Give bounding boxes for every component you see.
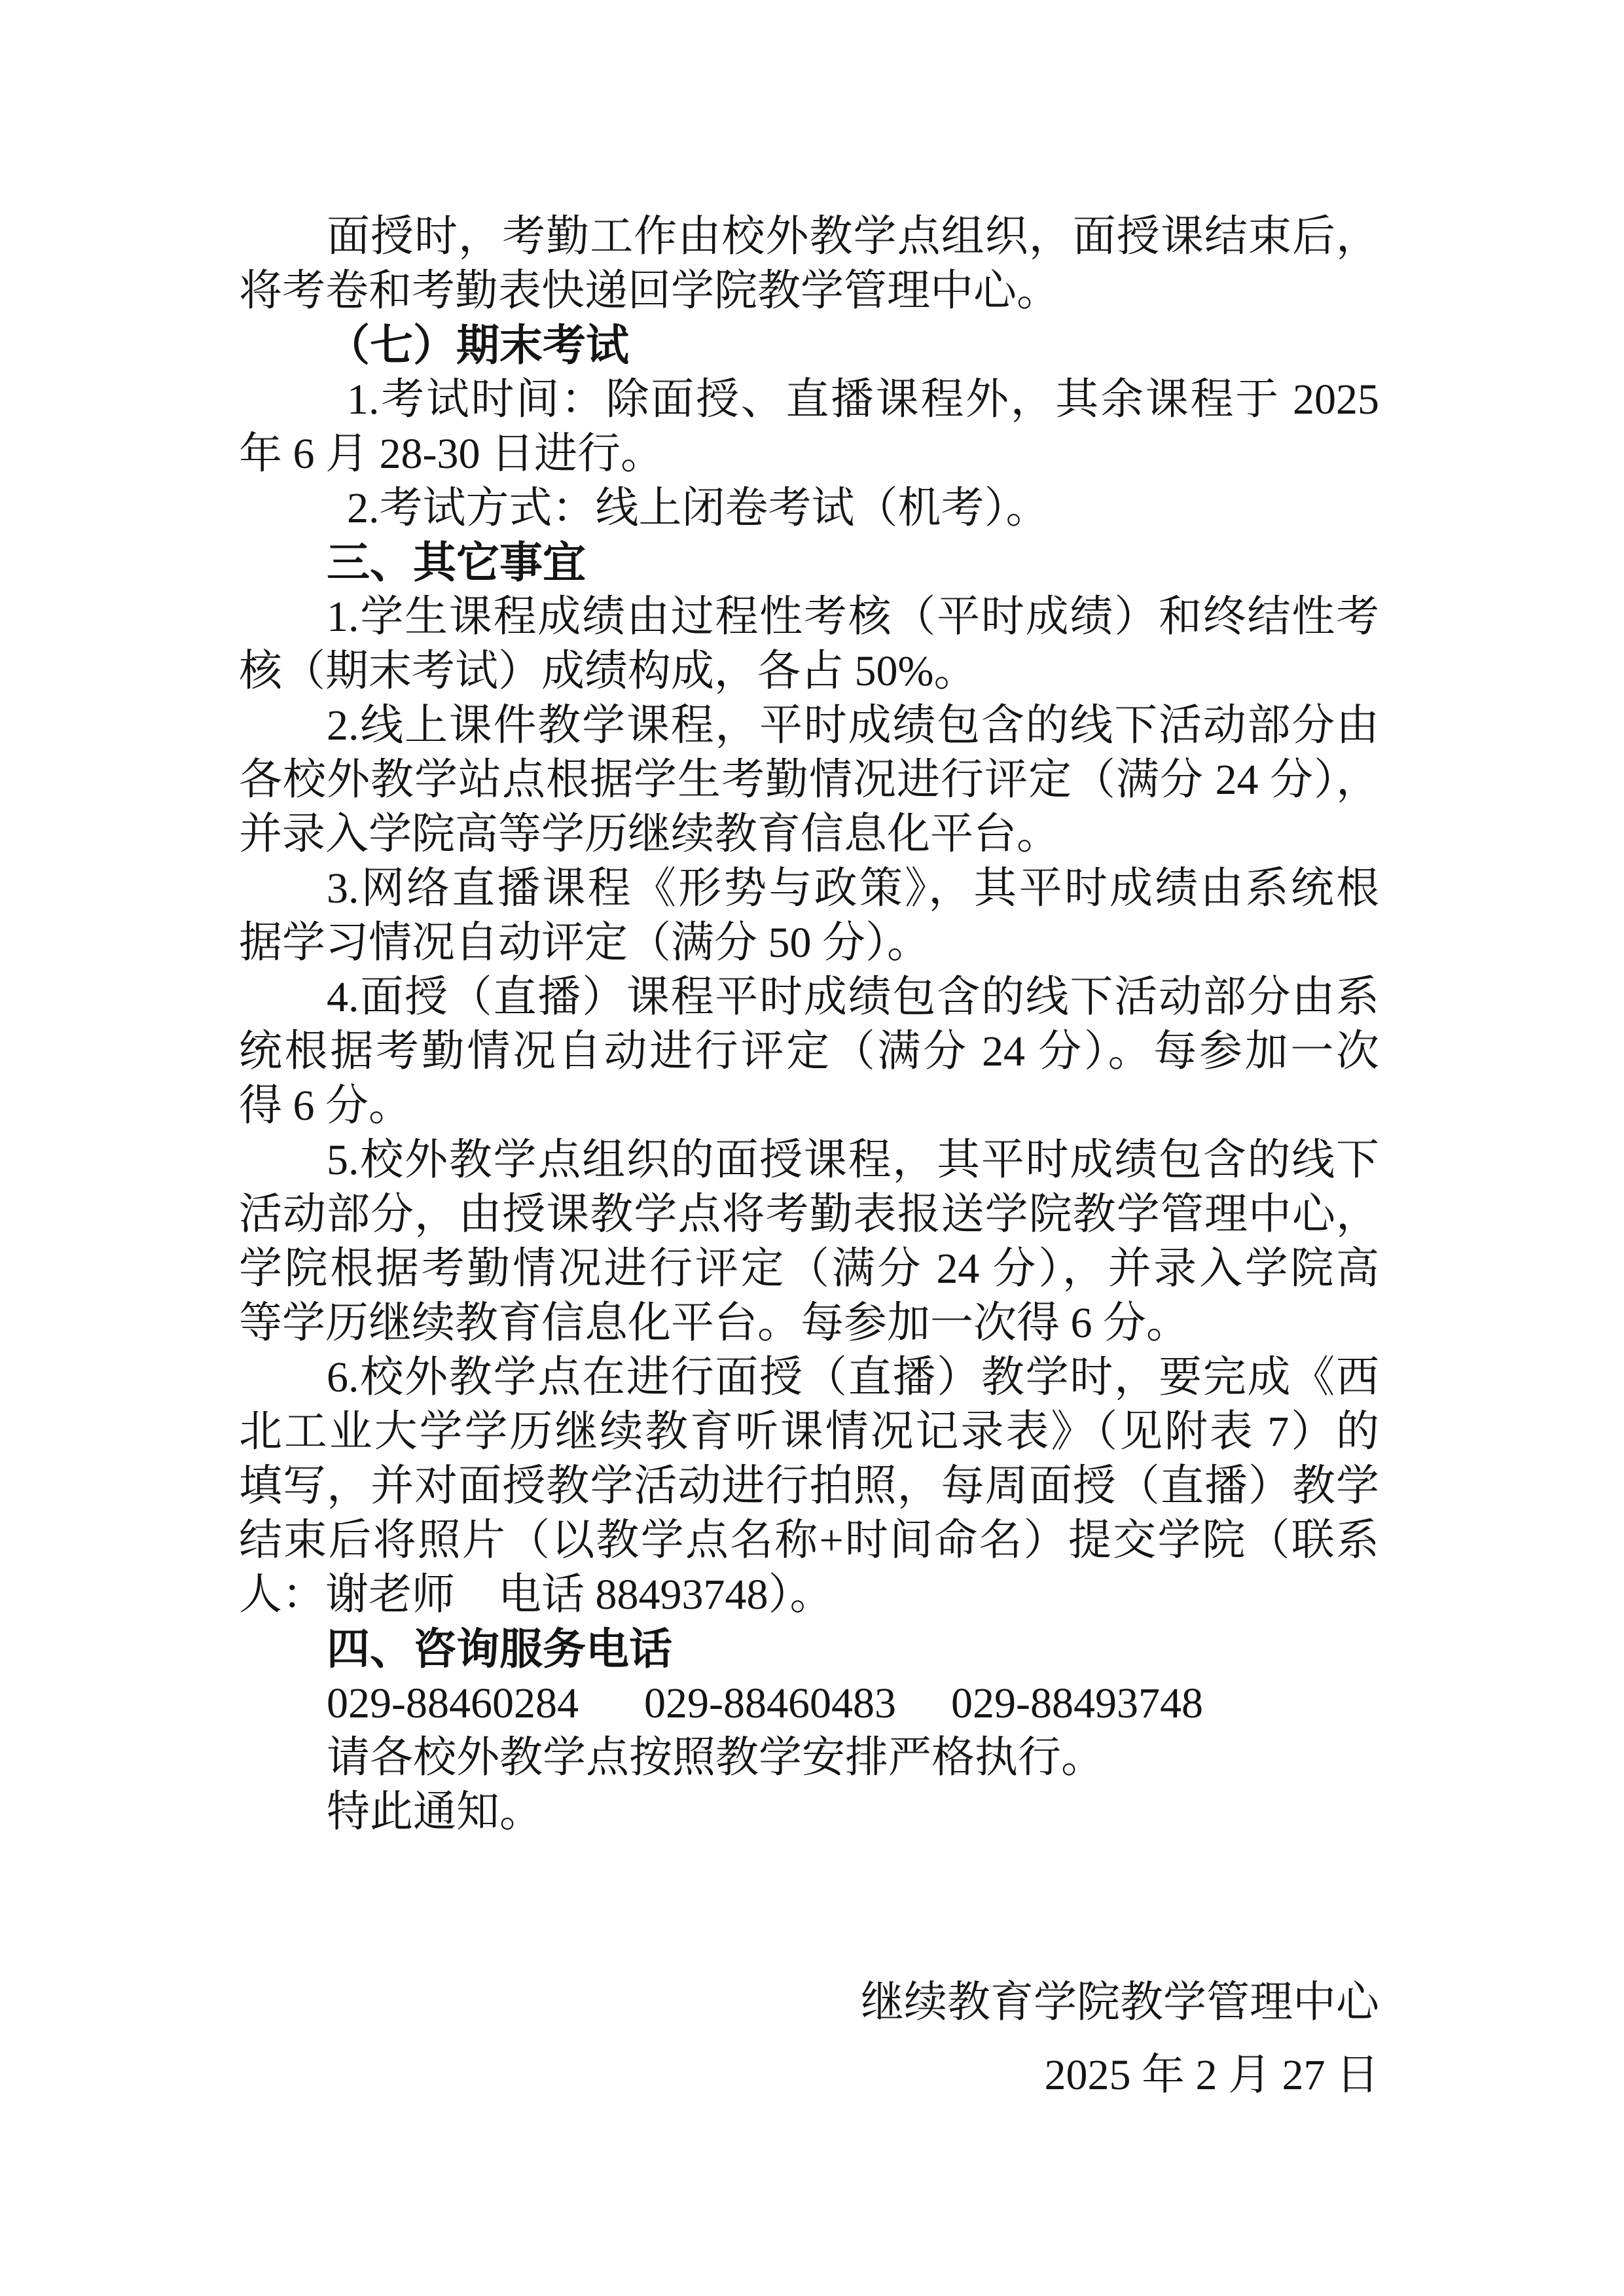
section-heading-other-matters: 三、其它事宜 bbox=[239, 535, 1379, 590]
doc-line: 填写，并对面授教学活动进行拍照，每周面授（直播）教学 bbox=[239, 1459, 1379, 1513]
doc-line: 请各校外教学点按照教学安排严格执行。 bbox=[239, 1731, 1379, 1785]
doc-line: 并录入学院高等学历继续教育信息化平台。 bbox=[239, 807, 1379, 861]
doc-line: 核（期末考试）成绩构成，各占 50%。 bbox=[239, 644, 1379, 698]
section-heading-final-exam: （七）期末考试 bbox=[239, 318, 1379, 372]
signature-date: 2025 年 2 月 27 日 bbox=[239, 2048, 1379, 2102]
blank-space bbox=[239, 1839, 1379, 1975]
phone-number: 029-88460284 bbox=[327, 1679, 579, 1727]
doc-line: 2.考试方式：线上闭卷考试（机考）。 bbox=[239, 481, 1379, 535]
doc-line: 年 6 月 28-30 日进行。 bbox=[239, 427, 1379, 481]
doc-line: 各校外教学站点根据学生考勤情况进行评定（满分 24 分）， bbox=[239, 753, 1379, 807]
signature-org: 继续教育学院教学管理中心 bbox=[239, 1975, 1379, 2030]
doc-line: 北工业大学学历继续教育听课情况记录表》（见附表 7）的 bbox=[239, 1405, 1379, 1459]
notice-body: 面授时，考勤工作由校外教学点组织，面授课结束后， 将考卷和考勤表快递回学院教学管… bbox=[239, 209, 1379, 2102]
doc-line: 活动部分，由授课教学点将考勤表报送学院教学管理中心， bbox=[239, 1187, 1379, 1242]
doc-line: 1.学生课程成绩由过程性考核（平时成绩）和终结性考 bbox=[239, 590, 1379, 644]
doc-line: 人：谢老师 电话 88493748）。 bbox=[239, 1568, 1379, 1622]
phone-numbers-line: 029-88460284029-88460483029-88493748 bbox=[239, 1676, 1379, 1731]
phone-number: 029-88493748 bbox=[951, 1679, 1203, 1727]
scanned-notice-page: { "page": { "background": "#ffffff", "te… bbox=[0, 0, 1624, 2296]
doc-line: 5.校外教学点组织的面授课程，其平时成绩包含的线下 bbox=[239, 1133, 1379, 1187]
doc-line: 1.考试时间：除面授、直播课程外，其余课程于 2025 bbox=[239, 372, 1379, 427]
phone-number: 029-88460483 bbox=[644, 1679, 896, 1727]
doc-line: 据学习情况自动评定（满分 50 分）。 bbox=[239, 916, 1379, 970]
doc-line: 2.线上课件教学课程，平时成绩包含的线下活动部分由 bbox=[239, 698, 1379, 753]
doc-line: 学院根据考勤情况进行评定（满分 24 分），并录入学院高 bbox=[239, 1242, 1379, 1296]
doc-line: 得 6 分。 bbox=[239, 1079, 1379, 1133]
section-heading-service-phones: 四、咨询服务电话 bbox=[239, 1622, 1379, 1676]
doc-line: 等学历继续教育信息化平台。每参加一次得 6 分。 bbox=[239, 1296, 1379, 1350]
doc-line: 面授时，考勤工作由校外教学点组织，面授课结束后， bbox=[239, 209, 1379, 264]
doc-line: 统根据考勤情况自动进行评定（满分 24 分）。每参加一次 bbox=[239, 1024, 1379, 1079]
doc-line: 4.面授（直播）课程平时成绩包含的线下活动部分由系 bbox=[239, 970, 1379, 1024]
doc-line: 将考卷和考勤表快递回学院教学管理中心。 bbox=[239, 264, 1379, 318]
doc-line: 特此通知。 bbox=[239, 1785, 1379, 1839]
doc-line: 结束后将照片（以教学点名称+时间命名）提交学院（联系 bbox=[239, 1513, 1379, 1568]
doc-line: 3.网络直播课程《形势与政策》，其平时成绩由系统根 bbox=[239, 861, 1379, 916]
doc-line: 6.校外教学点在进行面授（直播）教学时，要完成《西 bbox=[239, 1350, 1379, 1405]
